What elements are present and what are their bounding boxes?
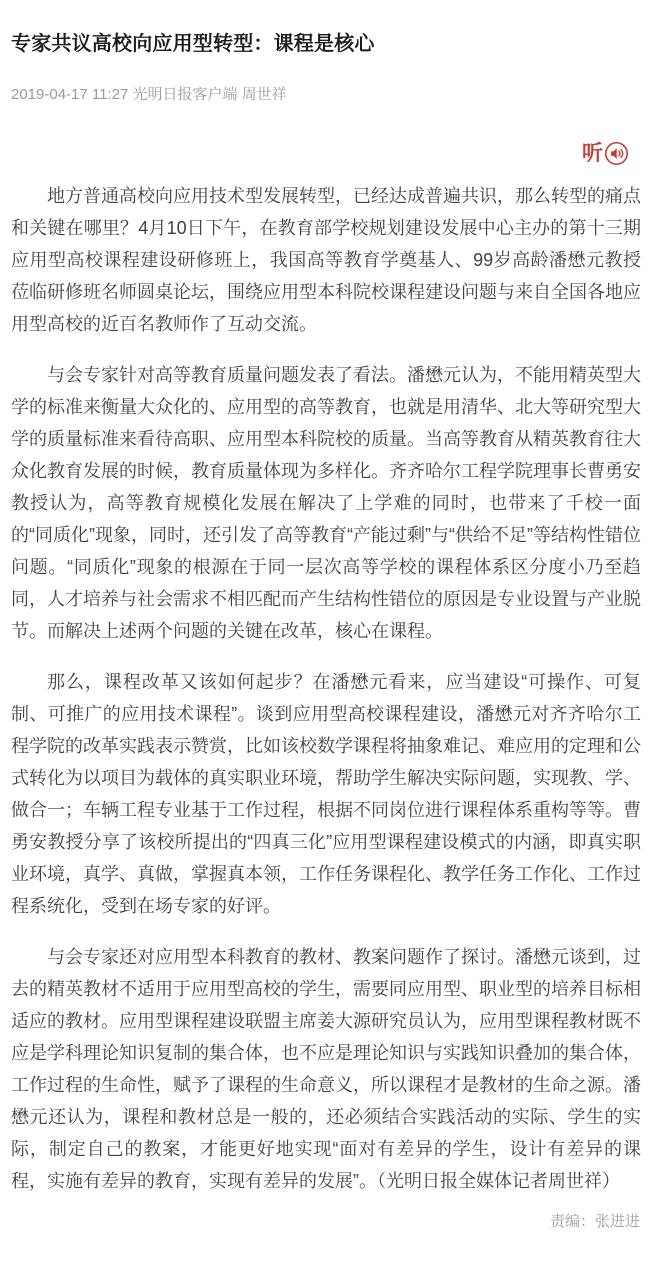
article-paragraph: 与会专家针对高等教育质量问题发表了看法。潘懋元认为，不能用精英型大学的标准来衡量…	[11, 359, 641, 647]
article-meta: 2019-04-17 11:27 光明日报客户端 周世祥	[11, 86, 641, 104]
article-title: 专家共议高校向应用型转型：课程是核心	[11, 30, 641, 58]
listen-button[interactable]: 听	[582, 141, 629, 166]
article-paragraph: 地方普通高校向应用技术型发展转型，已经达成普遍共识，那么转型的痛点和关键在哪里？…	[11, 180, 641, 340]
listen-row: 听	[11, 140, 641, 166]
listen-button-label: 听	[582, 143, 603, 164]
editor-note: 责编：张进进	[11, 1213, 641, 1231]
article-paragraph: 那么，课程改革又该如何起步？在潘懋元看来，应当建设“可操作、可复制、可推广的应用…	[11, 666, 641, 922]
article-paragraph: 与会专家还对应用型本科教育的教材、教案问题作了探讨。潘懋元谈到，过去的精英教材不…	[11, 941, 641, 1197]
speaker-icon	[604, 141, 629, 166]
article-page: 专家共议高校向应用型转型：课程是核心 2019-04-17 11:27 光明日报…	[0, 0, 652, 1231]
